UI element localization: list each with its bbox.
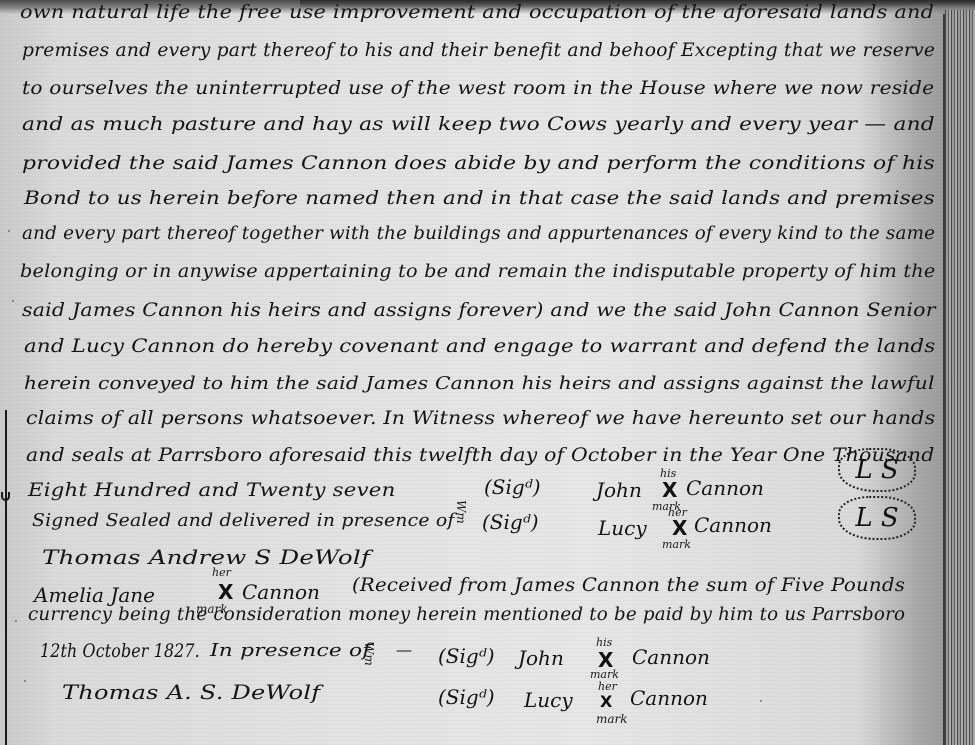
deed-line-13: and seals at Parrsboro aforesaid this tw…: [26, 445, 934, 466]
attestation-margin-note: Wm: [454, 500, 468, 524]
margin-rule-mark: [1, 492, 10, 501]
scan-speck: [880, 420, 882, 422]
sig-label: (Sigᵈ): [482, 510, 539, 534]
deed-line-1: own natural life the free use improvemen…: [20, 2, 934, 23]
signatory-surname: Cannon: [694, 513, 772, 537]
receipt-margin-note: Wm: [362, 642, 376, 666]
receipt-line-1: (Received from James Cannon the sum of F…: [352, 575, 905, 596]
witness-thomas-dewolf: Thomas Andrew S DeWolf: [42, 545, 370, 569]
scan-speck: [8, 230, 10, 232]
scan-speck: [12, 300, 14, 302]
scan-speck: [24, 680, 26, 682]
deed-line-8: belonging or in anywise appertaining to …: [20, 262, 935, 282]
deed-line-10: and Lucy Cannon do hereby covenant and e…: [24, 336, 935, 357]
signatory-surname: Cannon: [686, 476, 764, 500]
signatory-surname: Cannon: [632, 645, 710, 669]
attestation-heading: Signed Sealed and delivered in presence …: [32, 510, 455, 531]
scanned-deed-page: own natural life the free use improvemen…: [0, 0, 975, 745]
sig-label: (Sigᵈ): [438, 685, 495, 709]
left-margin-rule: [5, 410, 7, 745]
deed-line-3: to ourselves the uninterrupted use of th…: [22, 78, 934, 99]
mark-below-label: mark: [662, 538, 691, 551]
mark-above-label: her: [212, 566, 231, 579]
receipt-date: 12th October 1827.: [40, 640, 200, 662]
x-mark-icon: X: [672, 516, 687, 540]
deed-line-6: Bond to us herein before named then and …: [24, 188, 935, 209]
deed-line-4: and as much pasture and hay as will keep…: [22, 114, 935, 135]
sig-label: (Sigᵈ): [484, 475, 541, 499]
seal-john: L S: [838, 448, 916, 492]
seal-lucy: L S: [838, 496, 916, 540]
x-mark-icon: X: [600, 692, 612, 711]
witness-first-name: Amelia Jane: [34, 583, 155, 607]
deed-line-5: provided the said James Cannon does abid…: [22, 152, 935, 174]
signatory-first-name: Lucy: [598, 516, 647, 540]
receipt-dash: —: [396, 640, 412, 659]
scan-speck: [760, 700, 762, 702]
receipt-line-2: currency being the consideration money h…: [28, 605, 905, 625]
deed-line-9: said James Cannon his heirs and assigns …: [22, 300, 936, 321]
scan-speck: [15, 620, 17, 622]
deed-line-2: premises and every part thereof to his a…: [22, 40, 935, 61]
signatory-surname: Cannon: [630, 686, 708, 710]
deed-line-12: claims of all persons whatsoever. In Wit…: [26, 408, 935, 429]
page-binding-edge: [945, 10, 975, 745]
page-edge-line: [943, 14, 945, 745]
signatory-first-name: John: [518, 646, 564, 670]
mark-below-label: mark: [596, 712, 628, 726]
receipt-in-presence: In presence of: [210, 640, 371, 661]
receipt-witness: Thomas A. S. DeWolf: [62, 680, 320, 704]
x-mark-icon: X: [662, 478, 677, 502]
x-mark-icon: X: [218, 580, 233, 604]
signatory-first-name: Lucy: [524, 688, 573, 712]
witness-surname: Cannon: [242, 580, 320, 604]
deed-line-14: Eight Hundred and Twenty seven: [28, 480, 395, 501]
deed-line-11: herein conveyed to him the said James Ca…: [24, 373, 935, 394]
signatory-first-name: John: [596, 478, 642, 502]
sig-label: (Sigᵈ): [438, 644, 495, 668]
deed-line-7: and every part thereof together with the…: [22, 224, 935, 244]
